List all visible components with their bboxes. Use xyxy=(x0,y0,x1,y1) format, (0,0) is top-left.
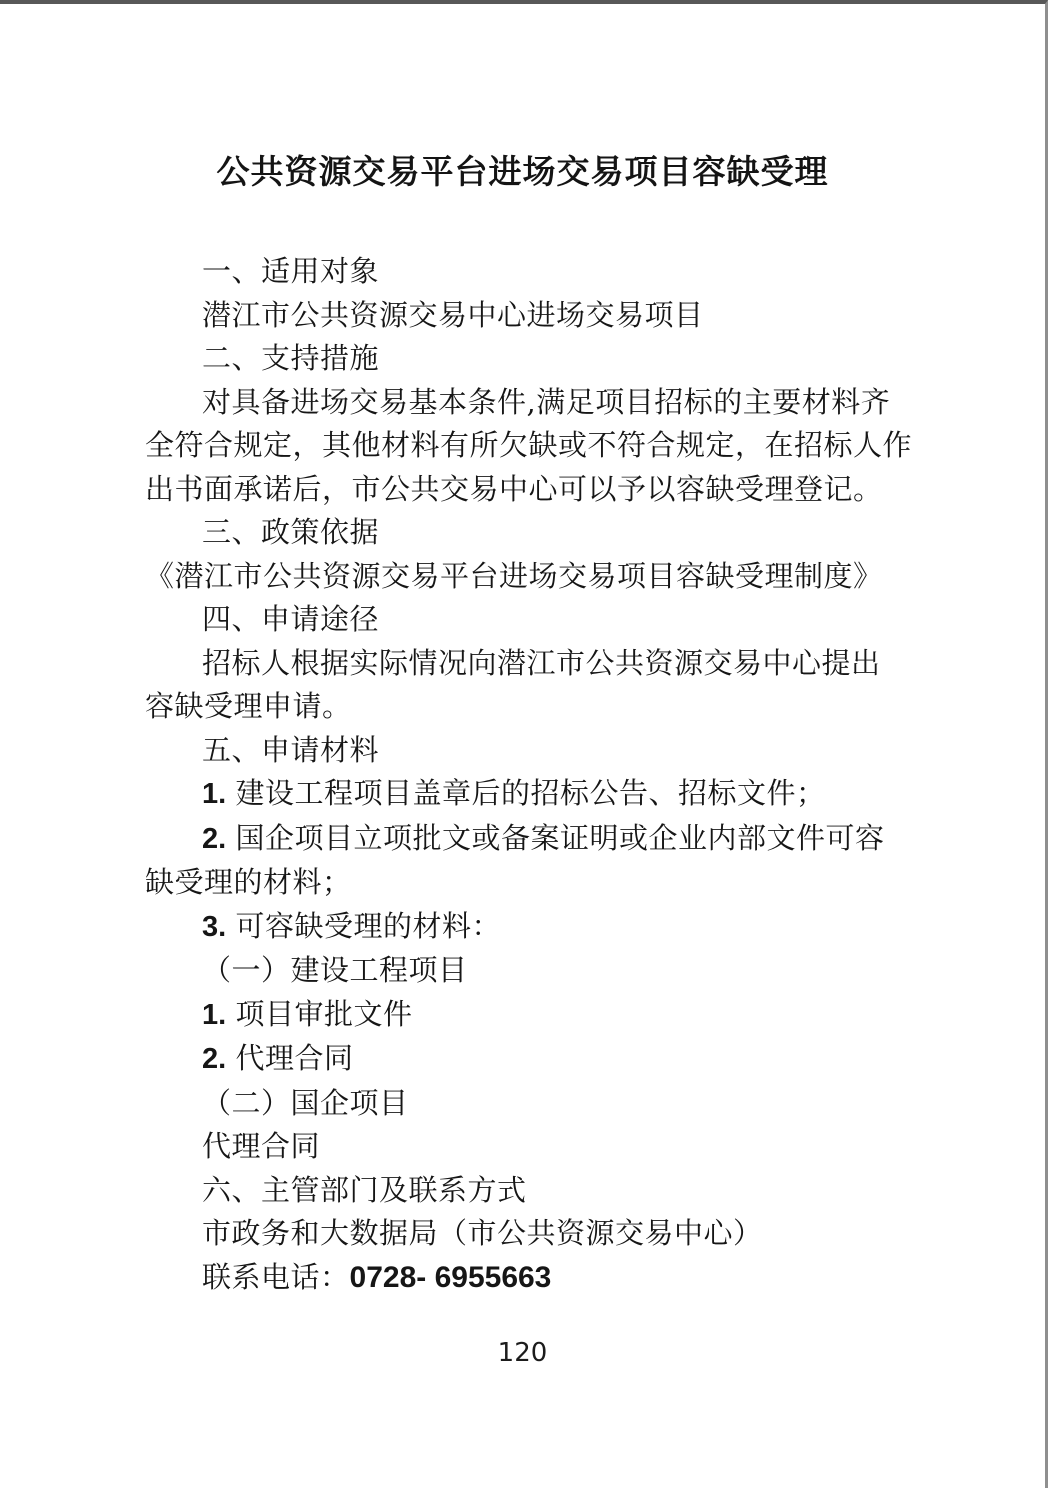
line-text: 招标人根据实际情况向潜江市公共资源交易中心提出 xyxy=(202,646,881,680)
document-page: 公共资源交易平台进场交易项目容缺受理 一、适用对象 潜江市公共资源交易中心进场交… xyxy=(0,0,1048,1488)
doc-line: 潜江市公共资源交易中心进场交易项目 xyxy=(145,294,905,338)
line-text: 国企项目立项批文或备案证明或企业内部文件可容 xyxy=(235,821,884,855)
page-title: 公共资源交易平台进场交易项目容缺受理 xyxy=(0,150,1045,194)
page-number: 120 xyxy=(0,1338,1045,1368)
document-body: 一、适用对象 潜江市公共资源交易中心进场交易项目 二、支持措施 对具备进场交易基… xyxy=(145,250,905,1299)
line-text: （一）建设工程项目 xyxy=(202,953,468,987)
line-text: 市政务和大数据局（市公共资源交易中心） xyxy=(202,1216,763,1250)
line-text: 联系电话： xyxy=(202,1260,350,1294)
doc-line: 《潜江市公共资源交易平台进场交易项目容缺受理制度》 xyxy=(145,555,905,599)
line-text: 容缺受理申请。 xyxy=(145,689,352,723)
line-text: 对具备进场交易基本条件,满足项目招标的主要材料齐 xyxy=(202,385,890,419)
line-text: 二、支持措施 xyxy=(202,341,379,375)
list-number: 2. xyxy=(202,1043,226,1075)
doc-line: 1.建设工程项目盖章后的招标公告、招标文件； xyxy=(145,772,905,817)
line-text: 《潜江市公共资源交易平台进场交易项目容缺受理制度》 xyxy=(145,559,883,593)
doc-line: 一、适用对象 xyxy=(145,250,905,294)
line-text: 六、主管部门及联系方式 xyxy=(202,1173,527,1207)
list-number: 3. xyxy=(202,911,226,943)
doc-line: 3.可容缺受理的材料： xyxy=(145,905,905,950)
list-number: 2. xyxy=(202,823,226,855)
line-text: 三、政策依据 xyxy=(202,515,379,549)
doc-line: 市政务和大数据局（市公共资源交易中心） xyxy=(145,1212,905,1256)
line-text: （二）国企项目 xyxy=(202,1086,409,1120)
line-text: 潜江市公共资源交易中心进场交易项目 xyxy=(202,298,704,332)
doc-line: 出书面承诺后，市公共交易中心可以予以容缺受理登记。 xyxy=(145,468,905,512)
doc-line: 二、支持措施 xyxy=(145,337,905,381)
line-text: 代理合同 xyxy=(235,1041,353,1075)
doc-line: 2.代理合同 xyxy=(145,1037,905,1082)
phone-number: 0728- 6955663 xyxy=(350,1261,552,1294)
doc-line: （一）建设工程项目 xyxy=(145,949,905,993)
doc-line: 缺受理的材料； xyxy=(145,861,905,905)
doc-line: 四、申请途径 xyxy=(145,598,905,642)
doc-line: 五、申请材料 xyxy=(145,729,905,773)
doc-line: 三、政策依据 xyxy=(145,511,905,555)
doc-line: 代理合同 xyxy=(145,1125,905,1169)
line-text: 缺受理的材料； xyxy=(145,865,352,899)
doc-line: 六、主管部门及联系方式 xyxy=(145,1169,905,1213)
line-text: 四、申请途径 xyxy=(202,602,379,636)
doc-line: 1.项目审批文件 xyxy=(145,993,905,1038)
line-text: 全符合规定，其他材料有所欠缺或不符合规定，在招标人作 xyxy=(145,428,912,462)
doc-line: 联系电话：0728- 6955663 xyxy=(145,1256,905,1300)
line-text: 五、申请材料 xyxy=(202,733,379,767)
doc-line: （二）国企项目 xyxy=(145,1082,905,1126)
line-text: 建设工程项目盖章后的招标公告、招标文件； xyxy=(235,776,825,810)
list-number: 1. xyxy=(202,999,226,1031)
doc-line: 招标人根据实际情况向潜江市公共资源交易中心提出 xyxy=(145,642,905,686)
line-text: 一、适用对象 xyxy=(202,254,379,288)
doc-line: 全符合规定，其他材料有所欠缺或不符合规定，在招标人作 xyxy=(145,424,905,468)
line-text: 可容缺受理的材料： xyxy=(235,909,501,943)
line-text: 项目审批文件 xyxy=(235,997,412,1031)
doc-line: 容缺受理申请。 xyxy=(145,685,905,729)
doc-line: 对具备进场交易基本条件,满足项目招标的主要材料齐 xyxy=(145,381,905,425)
line-text: 出书面承诺后，市公共交易中心可以予以容缺受理登记。 xyxy=(145,472,883,506)
list-number: 1. xyxy=(202,778,226,810)
doc-line: 2.国企项目立项批文或备案证明或企业内部文件可容 xyxy=(145,817,905,862)
line-text: 代理合同 xyxy=(202,1129,320,1163)
